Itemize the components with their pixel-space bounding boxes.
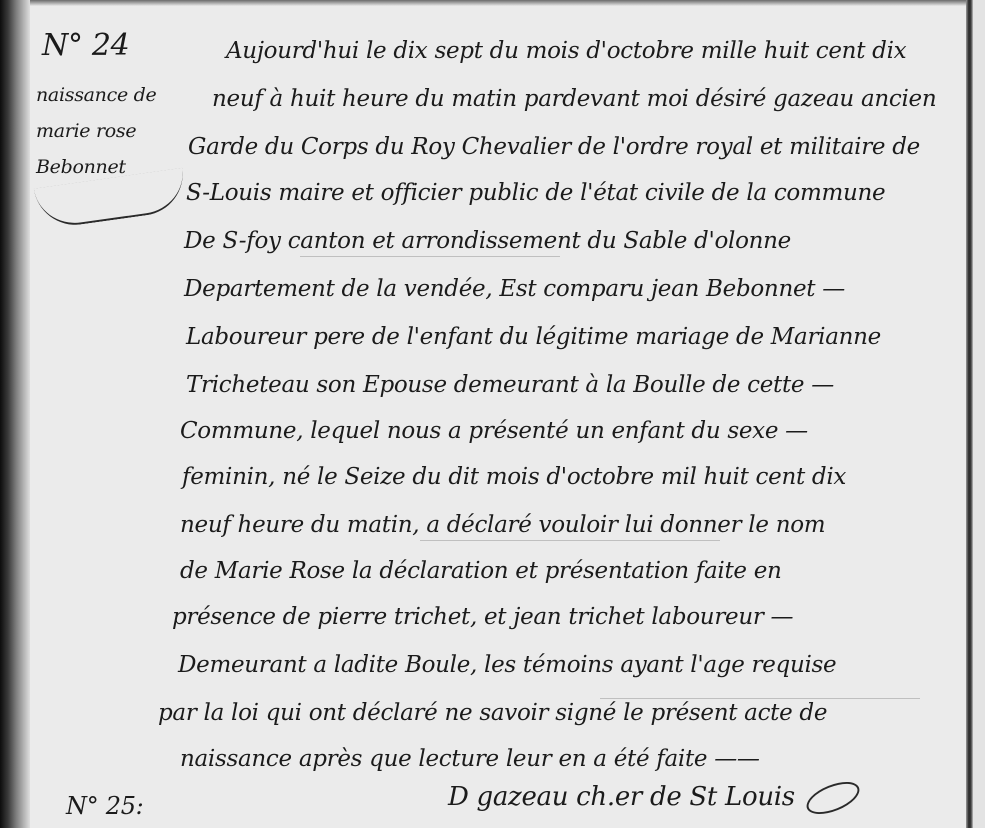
body-line-15: par la loi qui ont déclaré ne savoir sig… <box>158 700 827 726</box>
body-line-16: naissance après que lecture leur en a ét… <box>180 746 760 772</box>
body-line-1: Aujourd'hui le dix sept du mois d'octobr… <box>226 38 906 64</box>
page-margin-rule <box>966 0 973 828</box>
body-line-11: neuf heure du matin, a déclaré vouloir l… <box>180 512 825 538</box>
body-line-8: Tricheteau son Epouse demeurant à la Bou… <box>186 372 834 398</box>
bleed-through-stroke <box>420 540 720 541</box>
body-line-14: Demeurant a ladite Boule, les témoins ay… <box>178 652 836 678</box>
body-line-3: Garde du Corps du Roy Chevalier de l'ord… <box>188 134 920 160</box>
signature-paraph-flourish <box>802 775 864 820</box>
book-binding-shadow <box>0 0 30 828</box>
entry-number: N° 24 <box>42 28 129 63</box>
margin-line-2: marie rose <box>36 120 136 142</box>
body-line-9: Commune, lequel nous a présenté un enfan… <box>180 418 808 444</box>
body-line-6: Departement de la vendée, Est comparu je… <box>184 276 845 302</box>
next-entry-number: N° 25: <box>66 792 143 820</box>
body-line-7: Laboureur pere de l'enfant du légitime m… <box>186 324 881 350</box>
body-line-2: neuf à huit heure du matin pardevant moi… <box>212 86 936 112</box>
body-line-5: De S-foy canton et arrondissement du Sab… <box>184 228 791 254</box>
margin-line-3: Bebonnet <box>36 156 126 178</box>
signature-text: D gazeau ch.er de St Louis <box>448 782 795 812</box>
body-line-12: de Marie Rose la déclaration et présenta… <box>180 558 782 584</box>
right-margin <box>973 0 985 828</box>
mayor-signature: D gazeau ch.er de St Louis <box>448 782 861 812</box>
bleed-through-stroke <box>300 256 560 257</box>
body-line-4: S-Louis maire et officier public de l'ét… <box>186 180 885 206</box>
margin-line-1: naissance de <box>36 84 156 106</box>
body-line-13: présence de pierre trichet, et jean tric… <box>172 604 793 630</box>
bleed-through-stroke <box>600 698 920 699</box>
body-line-10: feminin, né le Seize du dit mois d'octob… <box>182 464 846 490</box>
page-top-edge <box>0 0 985 6</box>
register-page: N° 24 naissance de marie rose Bebonnet A… <box>0 0 985 828</box>
